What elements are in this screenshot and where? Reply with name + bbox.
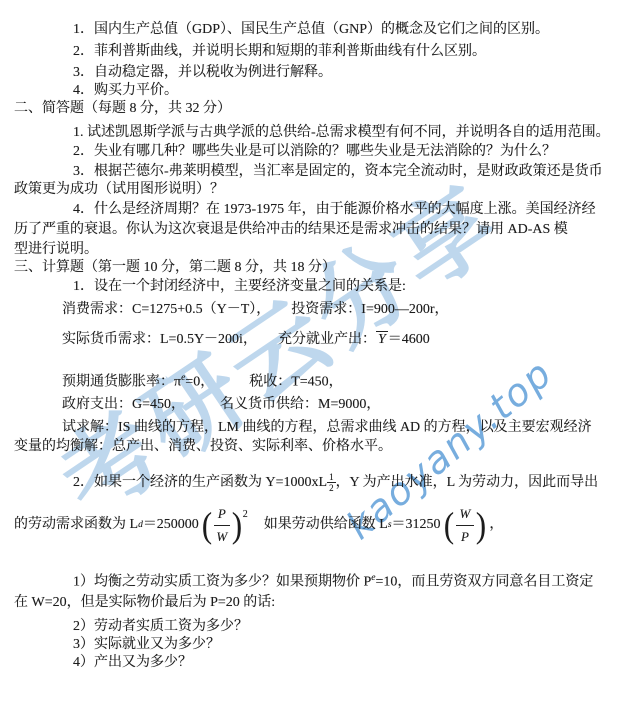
production-function-text: 2．如果一个经济的生产函数为 Y=1000xL [73, 475, 327, 490]
calc2-subq4: 4）产出又为多少？ [73, 653, 192, 673]
calc2-production-function-line: 2．如果一个经济的生产函数为 Y=1000xL12，Y 为产出水准，L 为劳动力… [73, 472, 598, 494]
exam-document-page: 考研云分享 kaoyany.top 1．国内生产总值（GDP）、国民生产总值（G… [0, 0, 623, 715]
y-bar-symbol: Y [376, 331, 388, 347]
short-answer-q3-line2: 政策更为成功（试用图形说明）？ [14, 180, 224, 200]
full-employment-value: ＝4600 [388, 332, 430, 347]
calc1-consumption-investment: 消费需求：C=1275+0.5（Y－T）， 投资需求：I=900—200r， [62, 300, 449, 320]
calc1-solve-line1: 试求解：IS 曲线的方程，LM 曲线的方程，总需求曲线 AD 的方程，以及主要宏… [62, 418, 592, 438]
short-answer-q4-line1: 4．什么是经济周期？在 1973-1975 年，由于能源价格水平的大幅度上涨。美… [73, 200, 596, 220]
fraction-w-over-p: (WP) [443, 504, 488, 547]
section-heading-short-answer: 二、简答题（每题 8 分，共 32 分） [14, 99, 231, 119]
subq1-tail: =10，而且劳资双方同意名目工资定 [376, 575, 594, 590]
close-paren: ) [476, 507, 486, 543]
definition-item-phillips: 2．菲利普斯曲线，并说明长期和短期的菲利普斯曲线有什么区别。 [73, 42, 486, 62]
labor-supply-coefficient: ＝31250 [392, 515, 441, 535]
formula-comma: ， [489, 515, 503, 535]
calc1-inflation-tax: 预期通货膨胀率：πe=0， 税收：T=450， [62, 368, 343, 393]
inflation-label: 预期通货膨胀率：π [62, 375, 181, 390]
labor-supply-label: 如果劳动供给函数 L [250, 515, 388, 535]
subq1-text: 1）均衡之劳动实质工资为多少？如果预期物价 P [73, 575, 371, 590]
section-heading-calculation: 三、计算题（第一题 10 分，第二题 8 分，共 18 分） [14, 258, 336, 278]
calc2-labor-demand-supply-line: 的劳动需求函数为 Ld＝250000(PW)2 如果劳动供给函数 Ls＝3125… [14, 505, 503, 545]
definition-item-ppp: 4．购买力平价。 [73, 81, 178, 101]
calc1-intro: 1．设在一个封闭经济中，主要经济变量之间的关系是: [73, 277, 406, 297]
calc2-subq1-line2: 在 W=20，但是实际物价最后为 P=20 的话: [14, 593, 275, 613]
open-paren: ( [202, 507, 212, 543]
calc1-money-demand-output: 实际货币需求：L=0.5Y－200i， 充分就业产出：Y＝4600 [62, 330, 430, 350]
money-demand-text: 实际货币需求：L=0.5Y－200i， 充分就业产出： [62, 332, 376, 347]
short-answer-q2: 2．失业有哪几种？哪些失业是可以消除的？哪些失业是无法消除的？为什么？ [73, 142, 556, 162]
short-answer-q3-line1: 3．根据芒德尔-弗莱明模型，当汇率是固定的，资本完全流动时，是财政政策还是货币 [73, 162, 603, 182]
squared-exponent: 2 [243, 505, 248, 525]
production-function-tail: ，Y 为产出水准，L 为劳动力，因此而导出 [336, 475, 599, 490]
calc1-gov-money-supply: 政府支出：G=450， 名义货币供给：M=9000， [62, 395, 380, 415]
labor-demand-coefficient: ＝250000 [143, 515, 199, 535]
calc2-subq2: 2）劳动者实质工资为多少？ [73, 617, 248, 637]
short-answer-q1: 1. 试述凯恩斯学派与古典学派的总供给-总需求模型有何不同，并说明各自的适用范围… [73, 123, 610, 143]
close-paren: ) [232, 507, 242, 543]
calc2-subq1-line1: 1）均衡之劳动实质工资为多少？如果预期物价 Pe=10，而且劳资双方同意名目工资… [73, 568, 593, 593]
definition-item-gdp-gnp: 1．国内生产总值（GDP）、国民生产总值（GNP）的概念及它们之间的区别。 [73, 20, 549, 40]
labor-demand-label: 的劳动需求函数为 L [14, 515, 138, 535]
calc2-subq3: 3）实际就业又为多少？ [73, 635, 220, 655]
inflation-tax-values: =0， 税收：T=450， [185, 375, 342, 390]
short-answer-q4-line2: 历了严重的衰退。你认为这次衰退是供给冲击的结果还是需求冲击的结果？请用 AD-A… [14, 220, 568, 240]
exponent-one-half: 12 [327, 472, 336, 494]
short-answer-q4-line3: 型进行说明。 [14, 240, 98, 260]
fraction-p-over-w-squared: (PW)2 [201, 504, 248, 547]
open-paren: ( [443, 507, 453, 543]
definition-item-stabilizer: 3．自动稳定器，并以税收为例进行解释。 [73, 63, 332, 83]
calc1-solve-line2: 变量的均衡解：总产出、消费、投资、实际利率、价格水平。 [14, 437, 392, 457]
